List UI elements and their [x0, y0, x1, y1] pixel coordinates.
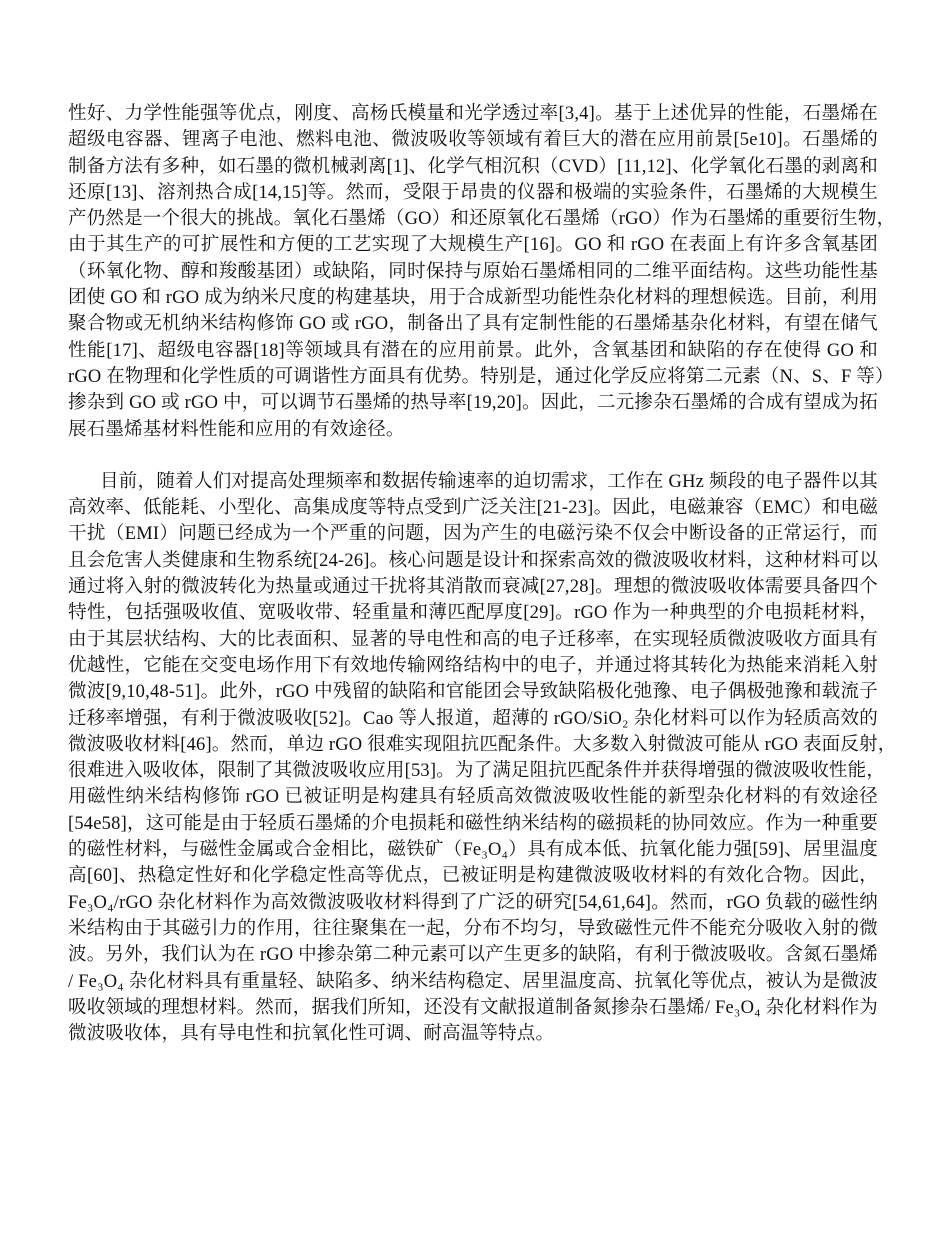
text-line: [54e58]，这可能是由于轻质石墨烯的介电损耗和磁性纳米结构的磁损耗的协同效应…: [68, 811, 878, 837]
text-line: Fe₃O₄/rGO 杂化材料作为高效微波吸收材料得到了广泛的研究[54,61,6…: [68, 890, 878, 916]
text-line: 微波吸收体，具有导电性和抗氧化性可调、耐高温等特点。: [68, 1021, 878, 1047]
text-line: 由于其生产的可扩展性和方便的工艺实现了大规模生产[16]。GO 和 rGO 在表…: [68, 232, 878, 258]
text-line: 微波[9,10,48-51]。此外，rGO 中残留的缺陷和官能团会导致缺陷极化弛…: [68, 679, 878, 705]
text-line: 的磁性材料，与磁性金属或合金相比，磁铁矿（Fe₃O₄）具有成本低、抗氧化能力强[…: [68, 837, 878, 863]
text-line: 微波吸收材料[46]。然而，单边 rGO 很难实现阻抗匹配条件。大多数入射微波可…: [68, 732, 878, 758]
text-line: 优越性，它能在交变电场作用下有效地传输网络结构中的电子，并通过将其转化为热能来消…: [68, 653, 878, 679]
text-line: 由于其层状结构、大的比表面积、显著的导电性和高的电子迁移率，在实现轻质微波吸收方…: [68, 627, 878, 653]
text-line: 吸收领域的理想材料。然而，据我们所知，还没有文献报道制备氮掺杂石墨烯/ Fe₃O…: [68, 995, 878, 1021]
text-line: 超级电容器、锂离子电池、燃料电池、微波吸收等领域有着巨大的潜在应用前景[5e10…: [68, 127, 878, 153]
text-line: 波。另外，我们认为在 rGO 中掺杂第二种元素可以产生更多的缺陷，有利于微波吸收…: [68, 942, 878, 968]
text-line: 展石墨烯基材料性能和应用的有效途径。: [68, 417, 878, 443]
text-line: 用磁性纳米结构修饰 rGO 已被证明是构建具有轻质高效微波吸收性能的新型杂化材料…: [68, 784, 878, 810]
text-line: 且会危害人类健康和生物系统[24-26]。核心问题是设计和探索高效的微波吸收材料…: [68, 548, 878, 574]
text-line: 高效率、低能耗、小型化、高集成度等特点受到广泛关注[21-23]。因此，电磁兼容…: [68, 495, 878, 521]
text-line: rGO 在物理和化学性质的可调谐性方面具有优势。特别是，通过化学反应将第二元素（…: [68, 364, 878, 390]
text-line: 聚合物或无机纳米结构修饰 GO 或 rGO，制备出了具有定制性能的石墨烯基杂化材…: [68, 311, 878, 337]
text-line: 产仍然是一个很大的挑战。氧化石墨烯（GO）和还原氧化石墨烯（rGO）作为石墨烯的…: [68, 206, 878, 232]
text-line: 特性，包括强吸收值、宽吸收带、轻重量和薄匹配厚度[29]。rGO 作为一种典型的…: [68, 600, 878, 626]
text-line: 很难进入吸收体，限制了其微波吸收应用[53]。为了满足阻抗匹配条件并获得增强的微…: [68, 758, 878, 784]
text-line: 目前，随着人们对提高处理频率和数据传输速率的迫切需求，工作在 GHz 频段的电子…: [68, 469, 878, 495]
text-line: 性好、力学性能强等优点，刚度、高杨氏模量和光学透过率[3,4]。基于上述优异的性…: [68, 101, 878, 127]
text-line: 制备方法有多种，如石墨的微机械剥离[1]、化学气相沉积（CVD）[11,12]、…: [68, 154, 878, 180]
text-line: （环氧化物、醇和羧酸基团）或缺陷，同时保持与原始石墨烯相同的二维平面结构。这些功…: [68, 259, 878, 285]
text-line: 通过将入射的微波转化为热量或通过干扰将其消散而衰减[27,28]。理想的微波吸收…: [68, 574, 878, 600]
text-line: 干扰（EMI）问题已经成为一个严重的问题，因为产生的电磁污染不仅会中断设备的正常…: [68, 521, 878, 547]
paragraph-graphene-background: 性好、力学性能强等优点，刚度、高杨氏模量和光学透过率[3,4]。基于上述优异的性…: [68, 101, 878, 443]
paragraph-gap: [68, 443, 878, 469]
text-line: 迁移率增强，有利于微波吸收[52]。Cao 等人报道，超薄的 rGO/SiO₂ …: [68, 706, 878, 732]
text-line: / Fe₃O₄ 杂化材料具有重量轻、缺陷多、纳米结构稳定、居里温度高、抗氧化等优…: [68, 969, 878, 995]
text-line: 团使 GO 和 rGO 成为纳米尺度的构建基块，用于合成新型功能性杂化材料的理想…: [68, 285, 878, 311]
text-line: 米结构由于其磁引力的作用，往往聚集在一起，分布不均匀，导致磁性元件不能充分吸收入…: [68, 916, 878, 942]
paragraph-microwave-absorption: 目前，随着人们对提高处理频率和数据传输速率的迫切需求，工作在 GHz 频段的电子…: [68, 469, 878, 1048]
text-line: 性能[17]、超级电容器[18]等领域具有潜在的应用前景。此外，含氧基团和缺陷的…: [68, 338, 878, 364]
text-line: 高[60]、热稳定性好和化学稳定性高等优点，已被证明是构建微波吸收材料的有效化合…: [68, 863, 878, 889]
text-line: 掺杂到 GO 或 rGO 中，可以调节石墨烯的热导率[19,20]。因此，二元掺…: [68, 390, 878, 416]
document-page: 性好、力学性能强等优点，刚度、高杨氏模量和光学透过率[3,4]。基于上述优异的性…: [68, 101, 878, 1047]
text-line: 还原[13]、溶剂热合成[14,15]等。然而，受限于昂贵的仪器和极端的实验条件…: [68, 180, 878, 206]
